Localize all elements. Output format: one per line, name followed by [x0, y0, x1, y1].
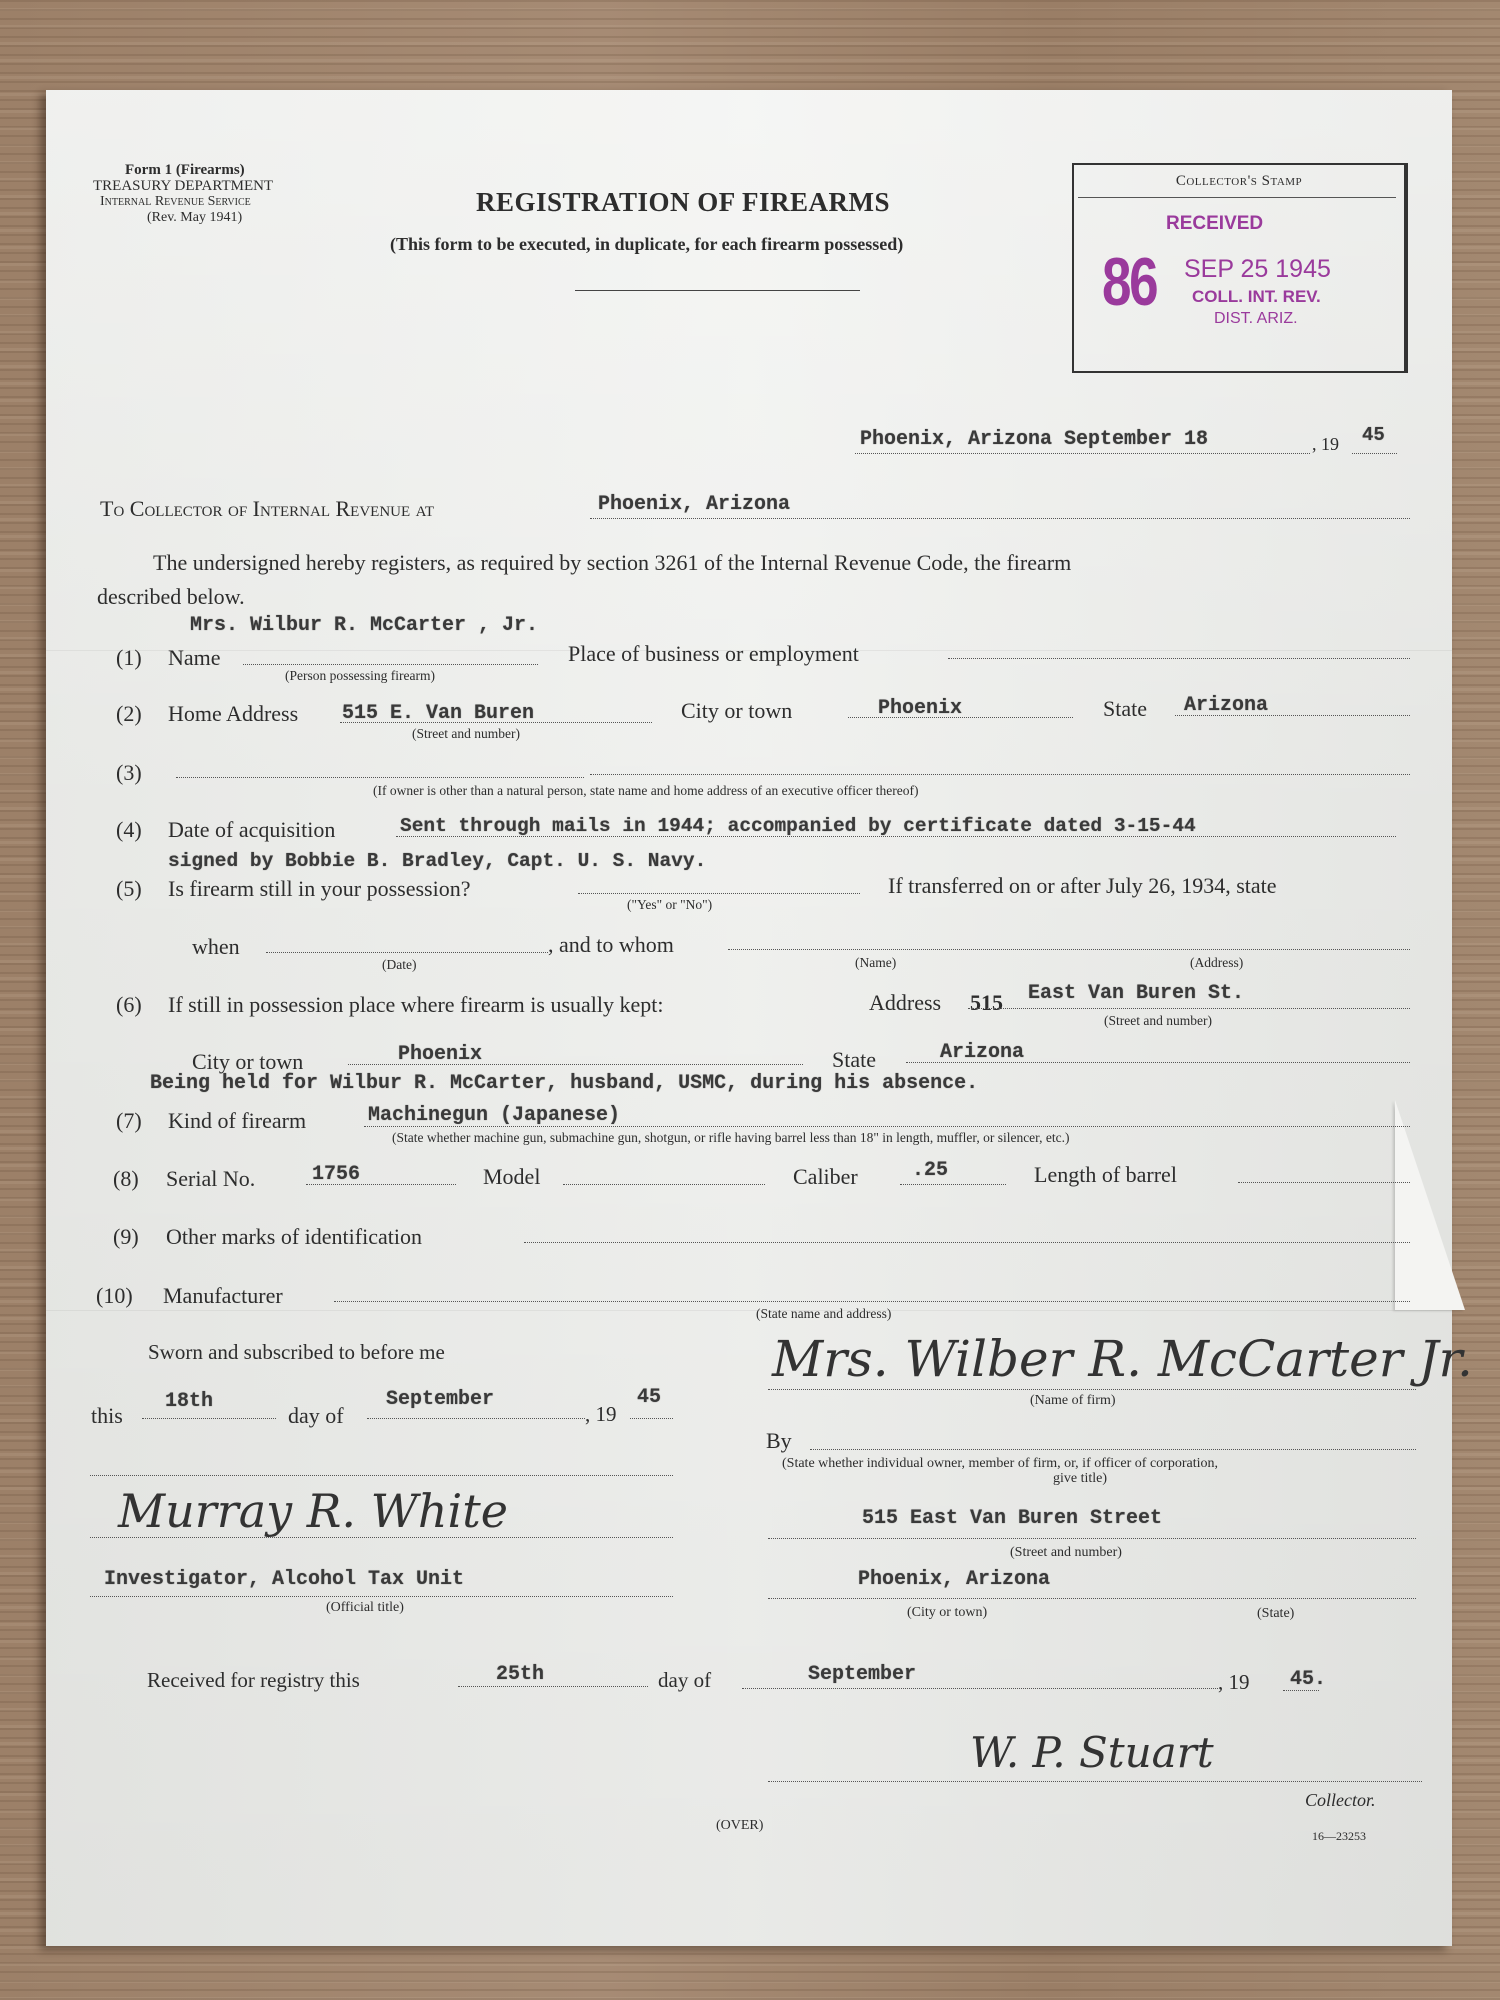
- form-number: Form 1 (Firearms): [125, 162, 245, 179]
- by-hint-line-2: give title): [1053, 1471, 1107, 1487]
- field-2-number: (2): [116, 701, 142, 727]
- official-title-value[interactable]: Investigator, Alcohol Tax Unit: [104, 1568, 464, 1591]
- business-label: Place of business or employment: [568, 641, 859, 667]
- home-address-hint: (Street and number): [412, 726, 520, 742]
- kept-location-label: If still in possession place where firea…: [168, 992, 664, 1018]
- home-state-line: [1175, 715, 1410, 716]
- sworn-day-of-label: day of: [288, 1403, 344, 1429]
- registry-year-line: [1283, 1690, 1319, 1691]
- kept-address-number[interactable]: 515: [970, 990, 1003, 1016]
- official-title-hint: (Official title): [326, 1600, 404, 1616]
- when-label: when: [192, 934, 240, 960]
- sworn-century: , 19: [585, 1402, 617, 1427]
- field-5-number: (5): [116, 876, 142, 902]
- registry-month-line: [742, 1688, 1218, 1689]
- serial-label: Serial No.: [166, 1166, 255, 1192]
- model-field[interactable]: [563, 1184, 765, 1185]
- year-line: [1352, 453, 1397, 454]
- page-subtitle: (This form to be executed, in duplicate,…: [390, 234, 903, 255]
- kept-address-value[interactable]: East Van Buren St.: [1028, 982, 1244, 1005]
- sworn-month-line: [367, 1418, 585, 1419]
- registry-month-value[interactable]: September: [808, 1663, 916, 1686]
- registry-day-of-label: day of: [658, 1668, 711, 1693]
- other-marks-label: Other marks of identification: [166, 1224, 422, 1250]
- acquisition-value-line-2[interactable]: signed by Bobbie B. Bradley, Capt. U. S.…: [168, 850, 706, 872]
- by-hint-line-1: (State whether individual owner, member …: [782, 1456, 1218, 1472]
- kept-state-label: State: [832, 1047, 876, 1073]
- field-10-number: (10): [96, 1283, 133, 1309]
- sworn-day-line: [142, 1418, 276, 1419]
- kept-address-label: Address: [869, 990, 941, 1016]
- place-date-value[interactable]: Phoenix, Arizona September 18: [860, 428, 1208, 451]
- folded-paper-corner: [1395, 1100, 1465, 1310]
- acquisition-line: [396, 836, 1396, 837]
- registrant-street-hint: (Street and number): [1010, 1545, 1122, 1561]
- registrant-city-value[interactable]: Phoenix, Arizona: [858, 1568, 1050, 1591]
- stamp-date: SEP 25 1945: [1184, 255, 1331, 284]
- collector-signature: W. P. Stuart: [970, 1728, 1214, 1777]
- home-address-label: Home Address: [168, 701, 298, 727]
- registrant-street-value[interactable]: 515 East Van Buren Street: [862, 1507, 1162, 1530]
- kept-address-line: [968, 1008, 1410, 1009]
- title-rule: [575, 290, 860, 291]
- place-date-year[interactable]: 45: [1362, 424, 1385, 446]
- registry-day-value[interactable]: 25th: [496, 1663, 544, 1686]
- business-field[interactable]: [948, 658, 1410, 659]
- whom-name-hint: (Name): [855, 955, 896, 971]
- serial-value[interactable]: 1756: [312, 1163, 360, 1186]
- registrant-city-hint: (City or town): [907, 1605, 987, 1621]
- officer-signature: Murray R. White: [118, 1484, 508, 1538]
- home-address-line: [340, 722, 652, 723]
- registry-label: Received for registry this: [147, 1668, 360, 1693]
- whom-label: , and to whom: [548, 932, 674, 958]
- intro-line-2: described below.: [97, 584, 245, 610]
- registry-century: , 19: [1218, 1670, 1250, 1695]
- registrant-street-line: [768, 1538, 1416, 1539]
- home-city-label: City or town: [681, 698, 792, 724]
- stamp-line-2: DIST. ARIZ.: [1214, 310, 1298, 328]
- revision: (Rev. May 1941): [147, 210, 242, 226]
- registrant-signature: Mrs. Wilber R. McCarter Jr.: [772, 1330, 1473, 1388]
- owner-field-part-1[interactable]: [176, 777, 584, 778]
- field-1-number: (1): [116, 645, 142, 671]
- service: Internal Revenue Service: [100, 194, 251, 210]
- transfer-label: If transferred on or after July 26, 1934…: [888, 873, 1277, 899]
- model-label: Model: [483, 1164, 540, 1190]
- sworn-day-value[interactable]: 18th: [165, 1390, 213, 1413]
- firearm-kind-value[interactable]: Machinegun (Japanese): [368, 1104, 620, 1127]
- whom-field[interactable]: [728, 949, 1410, 950]
- to-collector-label: To Collector of Internal Revenue at: [100, 496, 434, 522]
- name-label: Name: [168, 645, 221, 671]
- official-title-line: [90, 1596, 673, 1597]
- page-title: REGISTRATION OF FIREARMS: [476, 187, 890, 218]
- firearm-kind-line: [364, 1126, 1410, 1127]
- kept-address-hint: (Street and number): [1104, 1013, 1212, 1029]
- by-label: By: [766, 1428, 792, 1454]
- kept-state-line: [906, 1062, 1410, 1063]
- home-state-label: State: [1103, 696, 1147, 722]
- department: TREASURY DEPARTMENT: [93, 178, 273, 195]
- name-value[interactable]: Mrs. Wilbur R. McCarter , Jr.: [190, 614, 538, 637]
- name-hint: (Person possessing firearm): [285, 668, 435, 684]
- sworn-this-label: this: [91, 1403, 123, 1429]
- place-date-line: [855, 453, 1310, 454]
- firm-name-line: [768, 1389, 1416, 1390]
- owner-hint: (If owner is other than a natural person…: [373, 783, 919, 799]
- to-collector-line: [590, 518, 1410, 519]
- firearm-kind-label: Kind of firearm: [168, 1108, 306, 1134]
- collector-signature-line: [768, 1781, 1422, 1782]
- whom-address-hint: (Address): [1190, 955, 1243, 971]
- serial-line: [306, 1184, 456, 1185]
- firm-name-hint: (Name of firm): [1030, 1393, 1116, 1409]
- collector-stamp-label: Collector's Stamp: [1074, 173, 1404, 190]
- manufacturer-hint: (State name and address): [756, 1306, 891, 1322]
- possession-hint: ("Yes" or "No"): [627, 897, 712, 913]
- possession-field[interactable]: [578, 893, 860, 894]
- other-marks-field[interactable]: [524, 1242, 1410, 1243]
- stamp-divider: [1078, 197, 1396, 198]
- kept-city-value[interactable]: Phoenix: [398, 1043, 482, 1066]
- collector-stamp-box: Collector's Stamp RECEIVED 86 SEP 25 194…: [1072, 163, 1408, 373]
- field-9-number: (9): [113, 1224, 139, 1250]
- acquisition-label: Date of acquisition: [168, 817, 335, 843]
- sworn-blank-line: [90, 1475, 673, 1476]
- home-city-line: [848, 717, 1073, 718]
- sworn-month-value[interactable]: September: [386, 1388, 494, 1411]
- manufacturer-field[interactable]: [334, 1301, 1410, 1302]
- sworn-year-line: [630, 1418, 673, 1419]
- stamp-line-1: COLL. INT. REV.: [1192, 287, 1321, 307]
- barrel-length-label: Length of barrel: [1034, 1162, 1177, 1188]
- to-collector-value[interactable]: Phoenix, Arizona: [598, 493, 790, 516]
- firearm-kind-hint: (State whether machine gun, submachine g…: [392, 1130, 1070, 1146]
- home-state-value[interactable]: Arizona: [1184, 694, 1268, 717]
- by-field[interactable]: [810, 1449, 1416, 1450]
- collector-label: Collector.: [1305, 1790, 1376, 1811]
- century-label: , 19: [1312, 434, 1339, 455]
- acquisition-value-line-1[interactable]: Sent through mails in 1944; accompanied …: [400, 815, 1196, 837]
- sworn-heading: Sworn and subscribed to before me: [148, 1340, 445, 1365]
- manufacturer-label: Manufacturer: [163, 1283, 283, 1309]
- caliber-line: [900, 1184, 1006, 1185]
- owner-field-part-2[interactable]: [590, 774, 1410, 775]
- caliber-label: Caliber: [793, 1164, 858, 1190]
- barrel-length-field[interactable]: [1238, 1182, 1410, 1183]
- registrant-state-hint: (State): [1257, 1606, 1294, 1622]
- over-indicator: (OVER): [716, 1818, 763, 1834]
- field-3-number: (3): [116, 760, 142, 786]
- kept-state-value[interactable]: Arizona: [940, 1041, 1024, 1064]
- intro-line-1: The undersigned hereby registers, as req…: [153, 550, 1071, 576]
- registrant-city-line: [768, 1598, 1416, 1599]
- form-code: 16—23253: [1312, 1829, 1366, 1844]
- name-line: [243, 664, 538, 665]
- stamp-number: 86: [1102, 243, 1156, 321]
- paper-fold-crease: [46, 1310, 1452, 1311]
- received-stamp-text: RECEIVED: [1166, 213, 1263, 235]
- when-field[interactable]: [266, 952, 548, 953]
- kept-city-line: [348, 1064, 803, 1065]
- sworn-year-value[interactable]: 45: [637, 1386, 661, 1409]
- when-hint: (Date): [382, 957, 416, 973]
- registry-day-line: [458, 1686, 648, 1687]
- caliber-value[interactable]: .25: [912, 1159, 948, 1182]
- field-8-number: (8): [113, 1166, 139, 1192]
- field-7-number: (7): [116, 1108, 142, 1134]
- field-6-number: (6): [116, 992, 142, 1018]
- kept-note[interactable]: Being held for Wilbur R. McCarter, husba…: [150, 1072, 978, 1095]
- possession-label: Is firearm still in your possession?: [168, 876, 470, 902]
- registry-year-value[interactable]: 45.: [1290, 1668, 1326, 1691]
- field-4-number: (4): [116, 817, 142, 843]
- officer-signature-line: [90, 1537, 673, 1538]
